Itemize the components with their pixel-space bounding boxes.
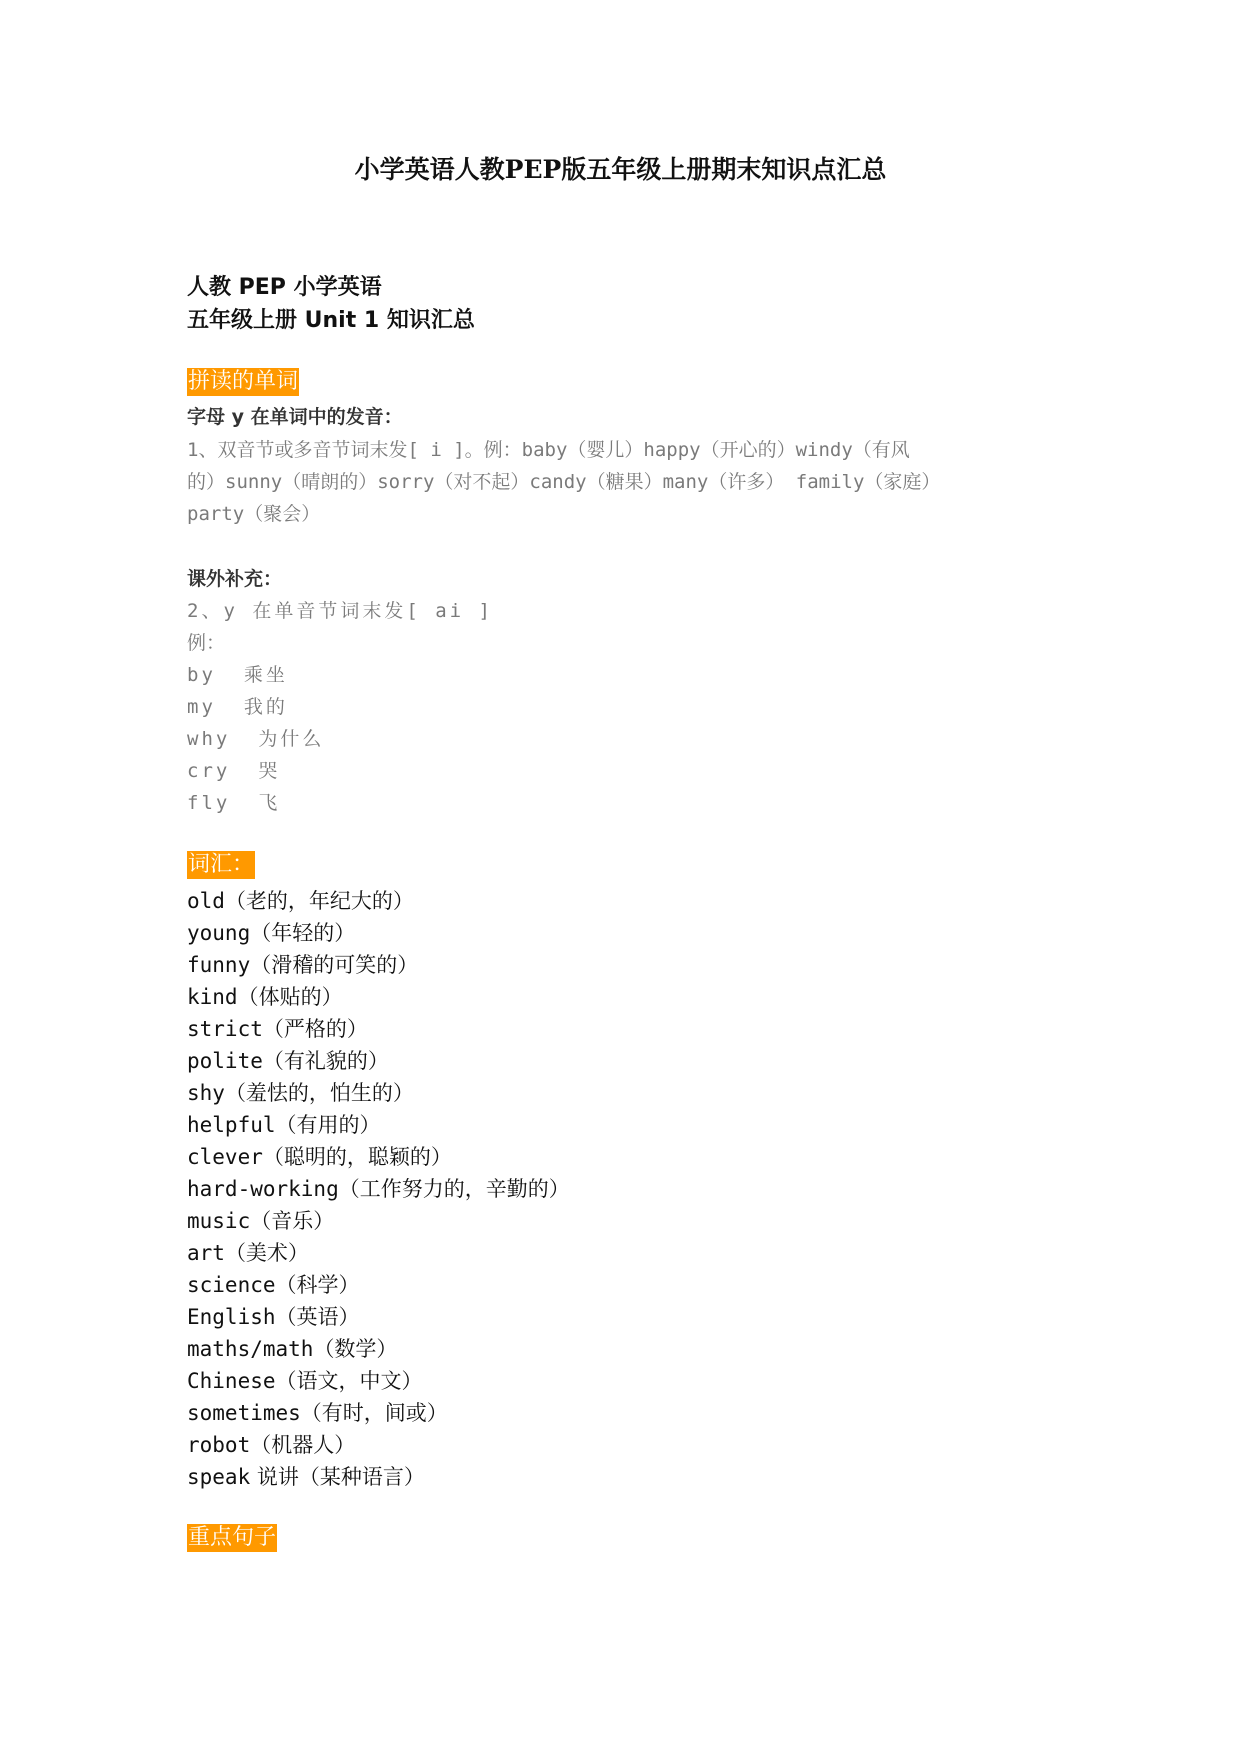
vocab-item: English（英语） [187,1301,360,1331]
vocab-zh: （年轻的） [250,921,355,945]
vocab-item: funny（滑稽的可笑的） [187,949,418,979]
vocab-zh: （滑稽的可笑的） [250,953,418,977]
section-label-spelling: 拼读的单词 [187,368,299,396]
vocab-zh: （有时，间或） [301,1401,448,1425]
vocab-zh: （严格的） [263,1017,368,1041]
vocab-en: strict [187,1017,263,1041]
vocab-item: kind（体贴的） [187,981,343,1011]
rule1-line-3: party（聚会） [187,499,320,526]
vocab-item: helpful（有用的） [187,1109,381,1139]
vocab-item: art（美术） [187,1237,309,1267]
vocab-en: English [187,1305,276,1329]
unit-heading-line1: 人教 PEP 小学英语 [187,270,382,301]
rule1-line-1: 1、双音节或多音节词末发[ i ]。例：baby（婴儿）happy（开心的）wi… [187,435,910,462]
example-meaning: 乘坐 [244,664,288,686]
rule1-line-2: 的）sunny（晴朗的）sorry（对不起）candy（糖果）many（许多） … [187,467,940,494]
vocab-zh: （数学） [313,1337,397,1361]
example-meaning: 飞 [258,792,280,814]
vocab-item: polite（有礼貌的） [187,1045,389,1075]
vocab-zh: （机器人） [250,1433,355,1457]
vocab-zh: 说讲（某种语言） [250,1465,425,1489]
vocab-zh: （有用的） [276,1113,381,1137]
vocab-zh: （老的，年纪大的） [225,889,414,913]
vocab-en: maths/math [187,1337,313,1361]
vocab-item: science（科学） [187,1269,360,1299]
unit-heading-line2: 五年级上册 Unit 1 知识汇总 [187,303,475,334]
extra-label: 课外补充： [187,564,282,591]
vocab-item: hard-working（工作努力的，辛勤的） [187,1173,570,1203]
vocab-en: hard-working [187,1177,339,1201]
vocab-item: young（年轻的） [187,917,355,947]
vocab-zh: （有礼貌的） [263,1049,389,1073]
vocab-en: sometimes [187,1401,301,1425]
vocab-zh: （体贴的） [238,985,343,1009]
vocab-zh: （音乐） [250,1209,334,1233]
vocab-item: old（老的，年纪大的） [187,885,414,915]
vocab-en: young [187,921,250,945]
example-row: my我的 [187,692,288,719]
vocab-item: robot（机器人） [187,1429,355,1459]
vocab-item: Chinese（语文，中文） [187,1365,423,1395]
vocab-en: science [187,1273,276,1297]
example-row: by乘坐 [187,660,288,687]
example-label: 例： [187,628,225,655]
section-label-vocabulary: 词汇： [187,851,255,879]
vocab-en: polite [187,1049,263,1073]
vocab-en: funny [187,953,250,977]
vocab-item: sometimes（有时，间或） [187,1397,448,1427]
vocab-zh: （英语） [276,1305,360,1329]
rule2: 2、y 在单音节词末发[ ai ] [187,596,493,623]
vocab-en: robot [187,1433,250,1457]
vocab-item: shy（羞怯的，怕生的） [187,1077,414,1107]
vocab-item: music（音乐） [187,1205,334,1235]
spelling-subtitle: 字母 y 在单词中的发音： [187,402,403,429]
vocab-item: clever（聪明的，聪颖的） [187,1141,452,1171]
vocab-zh: （羞怯的，怕生的） [225,1081,414,1105]
example-word: by [187,664,216,686]
vocab-en: Chinese [187,1369,276,1393]
vocab-en: old [187,889,225,913]
vocab-zh: （科学） [276,1273,360,1297]
document-title: 小学英语人教PEP版五年级上册期末知识点汇总 [0,150,1241,186]
example-row: fly飞 [187,788,280,815]
vocab-en: clever [187,1145,263,1169]
example-row: cry哭 [187,756,280,783]
vocab-en: speak [187,1465,250,1489]
example-meaning: 哭 [258,760,280,782]
vocab-zh: （工作努力的，辛勤的） [339,1177,570,1201]
example-word: why [187,728,230,750]
vocab-en: shy [187,1081,225,1105]
vocab-zh: （聪明的，聪颖的） [263,1145,452,1169]
vocab-item: speak 说讲（某种语言） [187,1461,425,1491]
example-meaning: 为什么 [258,728,324,750]
vocab-en: art [187,1241,225,1265]
example-word: my [187,696,216,718]
vocab-item: maths/math（数学） [187,1333,397,1363]
example-word: cry [187,760,230,782]
vocab-en: kind [187,985,238,1009]
section-label-key-sentences: 重点句子 [187,1524,277,1552]
vocab-en: helpful [187,1113,276,1137]
example-word: fly [187,792,230,814]
vocab-item: strict（严格的） [187,1013,368,1043]
vocab-zh: （美术） [225,1241,309,1265]
example-row: why为什么 [187,724,324,751]
example-meaning: 我的 [244,696,288,718]
vocab-zh: （语文，中文） [276,1369,423,1393]
vocab-en: music [187,1209,250,1233]
